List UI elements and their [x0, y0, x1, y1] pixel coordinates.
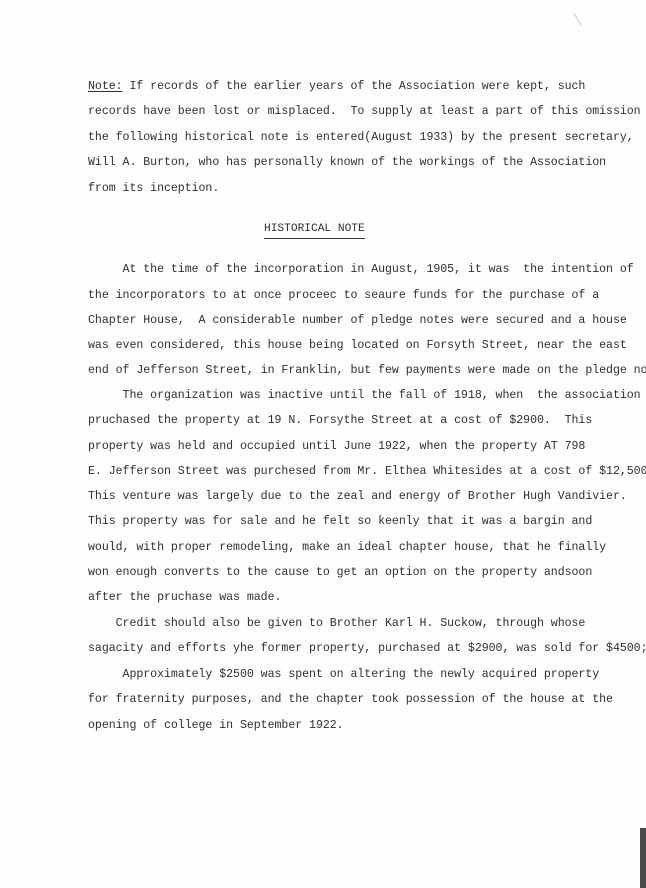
paragraph-2-line: E. Jefferson Street was purchesed from M… — [88, 465, 646, 479]
paragraph-1-line: Chapter House, A considerable number of … — [88, 314, 627, 328]
note-line-3: the following historical note is entered… — [88, 131, 634, 145]
paragraph-2-line: after the pruchase was made. — [88, 591, 281, 605]
paragraph-1-line: was even considered, this house being lo… — [88, 339, 627, 353]
paragraph-2-line: The organization was inactive until the … — [88, 389, 641, 403]
paragraph-3-line: sagacity and efforts yhe former property… — [88, 642, 646, 656]
paragraph-1-line: the incorporators to at once proceec to … — [88, 289, 599, 303]
paragraph-1-line: At the time of the incorporation in Augu… — [88, 263, 634, 277]
paragraph-2-line: pruchased the property at 19 N. Forsythe… — [88, 414, 592, 428]
note-line-5: from its inception. — [88, 182, 219, 196]
paragraph-2-line: property was held and occupied until Jun… — [88, 440, 585, 454]
paragraph-2-line: won enough converts to the cause to get … — [88, 566, 592, 580]
pencil-mark — [573, 13, 581, 25]
note-line-1: Note: If records of the earlier years of… — [88, 80, 585, 94]
scan-edge-shadow — [640, 828, 646, 888]
paragraph-4-line: for fraternity purposes, and the chapter… — [88, 693, 613, 707]
paragraph-4-line: Approximately $2500 was spent on alterin… — [88, 668, 599, 682]
note-line-4: Will A. Burton, who has personally known… — [88, 156, 606, 170]
paragraph-4-line: opening of college in September 1922. — [88, 719, 344, 733]
note-line-2: records have been lost or misplaced. To … — [88, 105, 641, 119]
paragraph-2-line: This property was for sale and he felt s… — [88, 515, 592, 529]
paragraph-1-line: end of Jefferson Street, in Franklin, bu… — [88, 364, 646, 378]
paragraph-2-line: This venture was largely due to the zeal… — [88, 490, 627, 504]
paragraph-3-line: Credit should also be given to Brother K… — [88, 617, 585, 631]
section-heading: HISTORICAL NOTE — [264, 222, 365, 239]
note-label: Note: — [88, 80, 123, 93]
paragraph-2-line: would, with proper remodeling, make an i… — [88, 541, 606, 555]
typewritten-page: Note: If records of the earlier years of… — [0, 0, 646, 888]
